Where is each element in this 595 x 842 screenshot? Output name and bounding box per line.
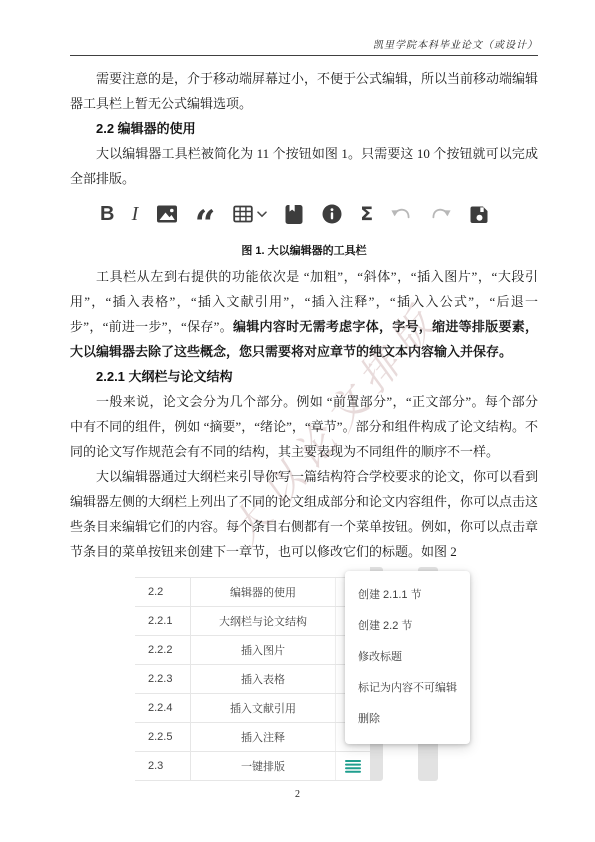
table-row: 2.2.1 大纲栏与论文结构 [135, 607, 370, 636]
figure-2-outline-screenshot: 2.2 编辑器的使用 2.2.1 大纲栏与论文结构 2.2.2 插入图片 2.2… [135, 567, 470, 781]
menu-item-rename: 修改标题 [345, 642, 470, 673]
outline-row-title: 插入文献引用 [190, 694, 335, 722]
menu-item-create-subsection: 创建 2.1.1 节 [345, 580, 470, 611]
table-row: 2.2.5 插入注释 [135, 723, 370, 752]
outline-row-number: 2.2.3 [135, 665, 190, 693]
paragraph-toolbar-functions: 工具栏从左到右提供的功能依次是 “加粗”，“斜体”，“插入图片”，“大段引用”，… [70, 264, 538, 364]
insert-table-icon [233, 201, 267, 227]
outline-row-number: 2.2.4 [135, 694, 190, 722]
figure-1-caption: 图 1. 大以编辑器的工具栏 [70, 244, 538, 258]
outline-row-number: 2.2.1 [135, 607, 190, 635]
outline-row-number: 2.2.2 [135, 636, 190, 664]
paragraph-structure: 一般来说，论文会分为几个部分。例如 “前置部分”，“正文部分”。每个部分中有不同… [70, 389, 538, 464]
insert-image-icon [156, 201, 178, 227]
insert-citation-icon [284, 201, 304, 227]
page-header: 凯里学院本科毕业论文（或设计） [70, 36, 538, 56]
section-heading-2-2: 2.2 编辑器的使用 [70, 116, 538, 141]
menu-item-delete: 删除 [345, 704, 470, 735]
page-footer: 2 [0, 789, 595, 800]
blockquote-icon: “ [195, 201, 216, 227]
outline-row-number: 2.2.5 [135, 723, 190, 751]
header-title: 凯里学院本科毕业论文（或设计） [70, 36, 538, 56]
chevron-down-icon [257, 211, 267, 218]
menu-item-create-section: 创建 2.2 节 [345, 611, 470, 642]
outline-table: 2.2 编辑器的使用 2.2.1 大纲栏与论文结构 2.2.2 插入图片 2.2… [135, 567, 370, 781]
table-row: 2.2.2 插入图片 [135, 636, 370, 665]
paragraph-toolbar-intro: 大以编辑器工具栏被简化为 11 个按钮如图 1。只需要这 10 个按钮就可以完成… [70, 141, 538, 191]
outline-row-title: 插入图片 [190, 636, 335, 664]
bold-icon: B [100, 201, 114, 227]
outline-row-number: 2.2 [135, 578, 190, 606]
paragraph-outline: 大以编辑器通过大纲栏来引导你写一篇结构符合学校要求的论文，你可以看到编辑器左侧的… [70, 464, 538, 564]
outline-row-title: 插入注释 [190, 723, 335, 751]
table-row: 2.2.3 插入表格 [135, 665, 370, 694]
outline-row-partial [135, 567, 370, 578]
document-page: 凯里学院本科毕业论文（或设计） 大以论文排版 需要注意的是，介于移动端屏幕过小，… [0, 0, 595, 842]
outline-row-action [335, 752, 370, 780]
insert-formula-icon: Σ [360, 201, 373, 227]
outline-row-title: 一键排版 [190, 752, 335, 780]
document-content: 需要注意的是，介于移动端屏幕过小，不便于公式编辑，所以当前移动端编辑器工具栏上暂… [70, 66, 538, 781]
menu-item-mark-readonly: 标记为内容不可编辑 [345, 673, 470, 704]
outline-row-title: 编辑器的使用 [190, 578, 335, 606]
page-number: 2 [295, 789, 300, 800]
table-row: 2.2 编辑器的使用 [135, 578, 370, 607]
paragraph-mobile-note: 需要注意的是，介于移动端屏幕过小，不便于公式编辑，所以当前移动端编辑器工具栏上暂… [70, 66, 538, 116]
undo-icon [390, 201, 412, 227]
table-row: 2.3 一键排版 [135, 752, 370, 781]
save-icon [469, 201, 490, 227]
outline-row-title: 大纲栏与论文结构 [190, 607, 335, 635]
info-icon [321, 201, 343, 227]
outline-row-number: 2.3 [135, 752, 190, 780]
row-menu-list-icon [345, 760, 361, 773]
table-row: 2.2.4 插入文献引用 [135, 694, 370, 723]
outline-row-title: 插入表格 [190, 665, 335, 693]
redo-icon [430, 201, 452, 227]
context-menu: 创建 2.1.1 节 创建 2.2 节 修改标题 标记为内容不可编辑 删除 [345, 571, 470, 744]
figure-1-toolbar: B I “ Σ [100, 192, 490, 236]
section-heading-2-2-1: 2.2.1 大纲栏与论文结构 [70, 364, 538, 389]
italic-icon: I [132, 201, 139, 227]
